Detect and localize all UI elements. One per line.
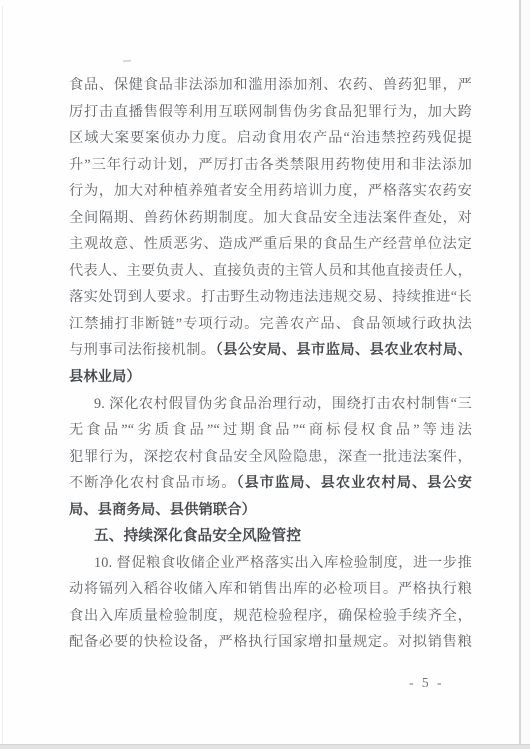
text-segment: 不断净化农村食品市场。: [69, 475, 236, 491]
text-line: 区域大案要案侦办力度。启动食用农产品“治违禁控药残促提: [69, 125, 472, 152]
page-left-edge: [2, 6, 3, 744]
text-segment: 主观故意、性质恶劣、造成严重后果的食品生产经营单位法定: [69, 236, 472, 252]
text-line: 与刑事司法衔接机制。（县公安局、县市监局、县农业农村局、: [69, 337, 472, 364]
text-line: 配备必要的快检设备，严格执行国家增扣量规定。对拟销售粮: [69, 629, 472, 656]
text-line: 落实处罚到人要求。打击野生动物违法违规交易、持续推进“长: [69, 284, 472, 311]
text-line: 行为，加大对种植养殖者安全用药培训力度，严格落实农药安: [69, 178, 472, 205]
text-segment: 犯罪行为，深挖农村食品安全风险隐患，深查一批违法案件，: [69, 449, 472, 465]
text-line: 主观故意、性质恶劣、造成严重后果的食品生产经营单位法定: [69, 231, 472, 258]
text-line: 局、县商务局、县供销联合）: [69, 497, 472, 524]
scanned-document-page: 食品、保健食品非法添加和滥用添加剂、农药、兽药犯罪，严厉打击直播售假等利用互联网…: [0, 0, 530, 749]
section-heading: 五、持续深化食品安全风险管控: [69, 523, 472, 550]
text-segment: 9. 深化农村假冒伪劣食品治理行动，围绕打击农村制售“三: [94, 396, 472, 412]
text-segment: 全间隔期、兽药休药期制度。加大食品安全违法案件查处，对: [69, 210, 472, 226]
text-line: 9. 深化农村假冒伪劣食品治理行动，围绕打击农村制售“三: [69, 391, 472, 418]
text-segment: 10. 督促粮食收储企业严格落实出入库检验制度，进一步推: [94, 555, 472, 571]
text-line: 县林业局）: [69, 364, 472, 391]
text-segment: 食品、保健食品非法添加和滥用添加剂、农药、兽药犯罪，严: [69, 77, 472, 93]
scan-artifact-speck: [123, 60, 131, 63]
bold-text-segment: （县公安局、县市监局、县农业农村局、: [216, 342, 472, 358]
scan-right-margin: [521, 0, 530, 745]
text-segment: 配备必要的快检设备，严格执行国家增扣量规定。对拟销售粮: [69, 634, 472, 650]
text-line: 犯罪行为，深挖农村食品安全风险隐患，深查一批违法案件，: [69, 444, 472, 471]
text-line: 动将镉列入稻谷收储入库和销售出库的必检项目。严格执行粮: [69, 576, 472, 603]
text-segment: 与刑事司法衔接机制。: [69, 342, 216, 358]
document-text-block: 食品、保健食品非法添加和滥用添加剂、农药、兽药犯罪，严厉打击直播售假等利用互联网…: [69, 72, 472, 656]
text-line: 10. 督促粮食收储企业严格落实出入库检验制度，进一步推: [69, 550, 472, 577]
bold-text-segment: 局、县商务局、县供销联合）: [69, 502, 256, 518]
page-right-edge: [519, 0, 521, 745]
text-line: 食出入库质量检验制度，规范检验程序，确保检验手续齐全，: [69, 603, 472, 630]
text-segment: 升”三年行动计划，严厉打击各类禁限用药物使用和非法添加: [69, 157, 472, 173]
text-line: 代表人、主要负责人、直接负责的主管人员和其他直接责任人，: [69, 258, 472, 285]
page-number: - 5 -: [409, 675, 459, 691]
text-segment: 落实处罚到人要求。打击野生动物违法违规交易、持续推进“长: [69, 289, 472, 305]
text-segment: 厉打击直播售假等利用互联网制售伪劣食品犯罪行为，加大跨: [69, 104, 472, 120]
text-line: 升”三年行动计划，严厉打击各类禁限用药物使用和非法添加: [69, 152, 472, 179]
text-segment: 食出入库质量检验制度，规范检验程序，确保检验手续齐全，: [69, 608, 472, 624]
text-line: 厉打击直播售假等利用互联网制售伪劣食品犯罪行为，加大跨: [69, 99, 472, 126]
text-segment: 江禁捕打非断链”专项行动。完善农产品、食品领域行政执法: [69, 316, 472, 332]
text-line: 全间隔期、兽药休药期制度。加大食品安全违法案件查处，对: [69, 205, 472, 232]
text-segment: 区域大案要案侦办力度。启动食用农产品“治违禁控药残促提: [69, 130, 472, 146]
text-segment: 无食品”“劣质食品”“过期食品”“商标侵权食品”等违法: [69, 422, 472, 438]
text-line: 食品、保健食品非法添加和滥用添加剂、农药、兽药犯罪，严: [69, 72, 472, 99]
text-line: 江禁捕打非断链”专项行动。完善农产品、食品领域行政执法: [69, 311, 472, 338]
scan-bottom-strip: [0, 744, 530, 749]
bold-text-segment: 县林业局）: [69, 369, 141, 385]
text-line: 不断净化农村食品市场。（县市监局、县农业农村局、县公安: [69, 470, 472, 497]
text-segment: 动将镉列入稻谷收储入库和销售出库的必检项目。严格执行粮: [69, 581, 472, 597]
text-segment: 行为，加大对种植养殖者安全用药培训力度，严格落实农药安: [69, 183, 472, 199]
text-segment: 代表人、主要负责人、直接负责的主管人员和其他直接责任人，: [69, 263, 472, 279]
bold-text-segment: （县市监局、县农业农村局、县公安: [236, 475, 472, 491]
bold-text-segment: 五、持续深化食品安全风险管控: [94, 528, 301, 544]
text-line: 无食品”“劣质食品”“过期食品”“商标侵权食品”等违法: [69, 417, 472, 444]
